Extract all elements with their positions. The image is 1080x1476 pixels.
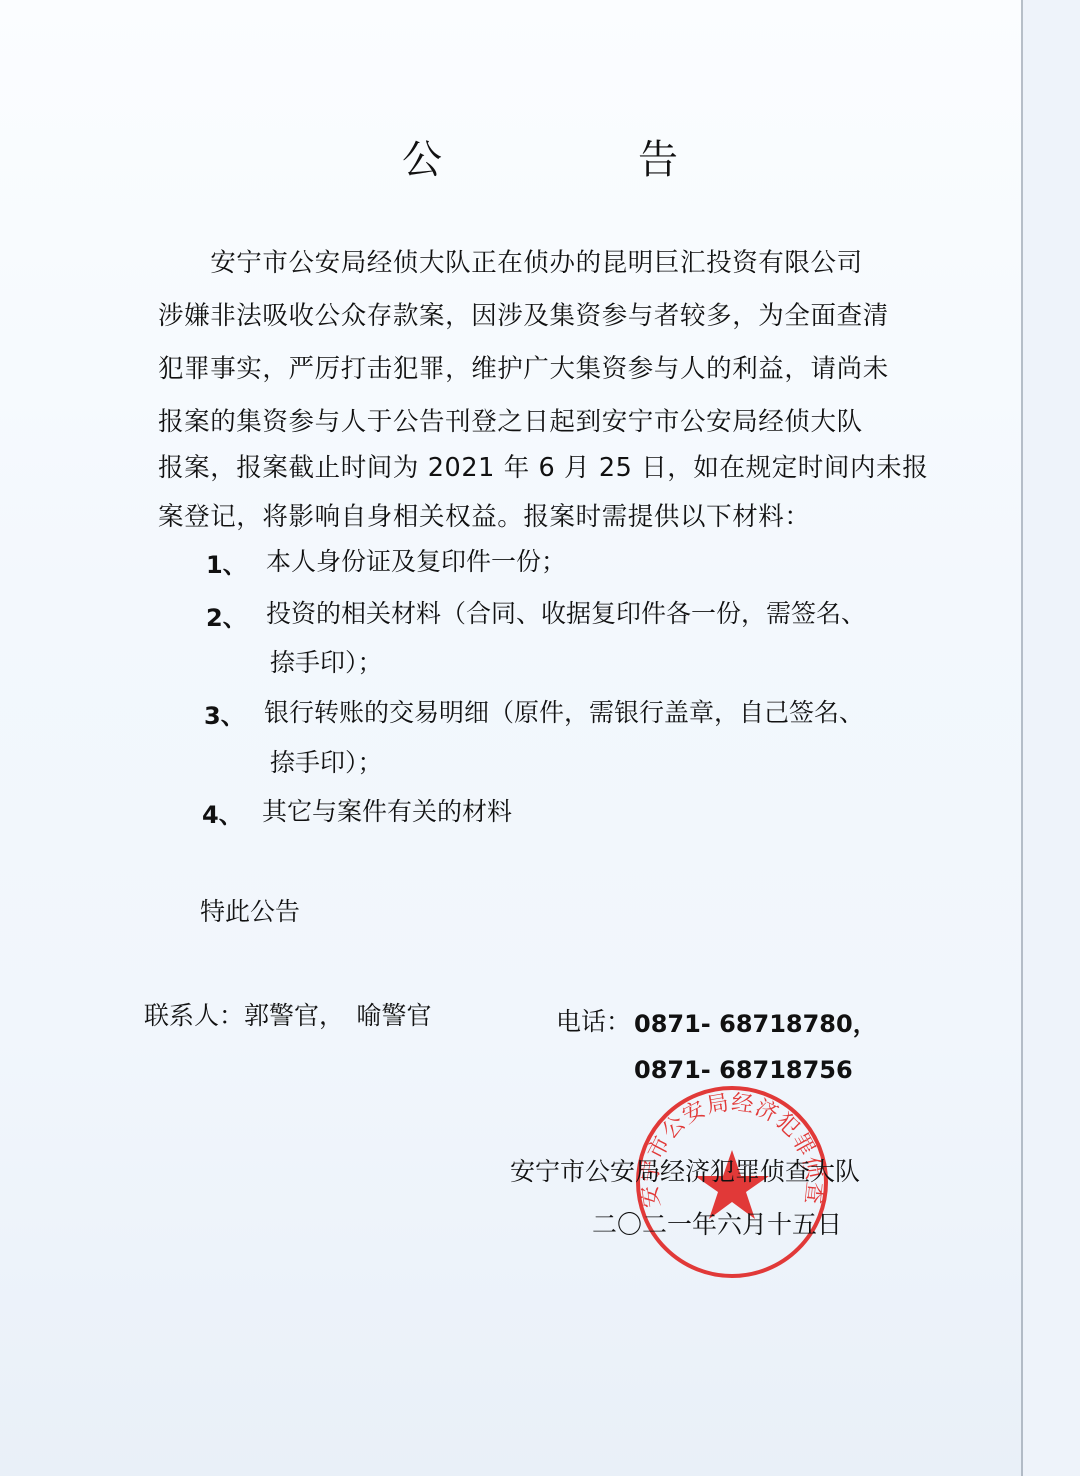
page-margin-strip	[1023, 0, 1080, 1476]
item-number: 2、	[206, 598, 247, 633]
contact-persons: 联系人：郭警官， 喻警官	[144, 996, 432, 1032]
phone-label: 电话：	[556, 1002, 631, 1038]
page-edge-line	[1021, 0, 1023, 1476]
phone-number: 0871- 68718756	[634, 1056, 853, 1084]
item-number: 1、	[206, 545, 247, 580]
item-text: 银行转账的交易明细（原件，需银行盖章，自己签名、	[264, 693, 864, 729]
body-line: 安宁市公安局经侦大队正在侦办的昆明巨汇投资有限公司	[158, 243, 863, 279]
body-line: 报案的集资参与人于公告刊登之日起到安宁市公安局经侦大队	[158, 402, 863, 438]
item-text: 捺手印）；	[270, 743, 383, 779]
item-number: 3、	[204, 696, 245, 731]
phone-number: 0871- 68718780，	[634, 1004, 877, 1039]
item-number: 4、	[202, 795, 243, 830]
signature-date: 二〇二一年六月十五日	[592, 1205, 842, 1241]
signature-organization: 安宁市公安局经济犯罪侦查大队	[510, 1152, 860, 1188]
item-text: 其它与案件有关的材料	[262, 792, 512, 828]
body-line: 犯罪事实，严厉打击犯罪，维护广大集资参与人的利益，请尚未	[158, 349, 889, 385]
body-line: 涉嫌非法吸收公众存款案，因涉及集资参与者较多，为全面查清	[158, 296, 889, 332]
svg-text:安宁市公安局经济犯罪侦查大队: 安宁市公安局经济犯罪侦查大队	[632, 1082, 827, 1209]
notice-title: 公 告	[0, 128, 1080, 185]
item-text: 本人身份证及复印件一份；	[266, 542, 566, 578]
document-page: 公 告 安宁市公安局经侦大队正在侦办的昆明巨汇投资有限公司 涉嫌非法吸收公众存款…	[0, 0, 1080, 1476]
body-line: 报案，报案截止时间为 2021 年 6 月 25 日，如在规定时间内未报	[158, 448, 928, 484]
item-text: 捺手印）；	[270, 643, 383, 679]
seal-text: 安宁市公安局经济犯罪侦查大队	[632, 1082, 827, 1209]
body-line: 案登记，将影响自身相关权益。报案时需提供以下材料：	[158, 497, 811, 533]
closing-text: 特此公告	[200, 892, 300, 928]
item-text: 投资的相关材料（合同、收据复印件各一份，需签名、	[266, 594, 866, 630]
